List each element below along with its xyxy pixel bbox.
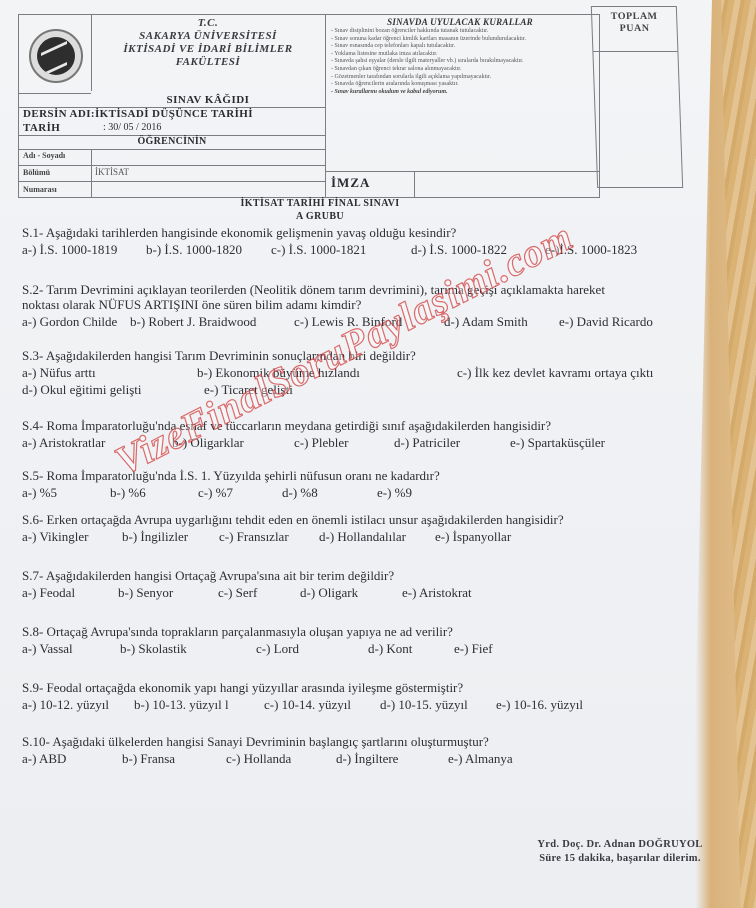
- total-score-field[interactable]: [595, 53, 680, 185]
- option-c[interactable]: c-) İ.S. 1000-1821: [271, 242, 411, 257]
- name-field[interactable]: [95, 151, 323, 163]
- option-e[interactable]: e-) Almanya: [448, 751, 513, 766]
- rule-item: - Sınavdan çıkan öğrenci tekrar salona a…: [331, 66, 589, 74]
- question-text: S.9- Feodal ortaçağda ekonomik yapı hang…: [22, 680, 712, 695]
- option-a[interactable]: a-) Vikingler: [22, 529, 122, 544]
- option-b[interactable]: b-) İ.S. 1000-1820: [146, 242, 271, 257]
- question-2: S.2- Tarım Devrimini açıklayan teorilerd…: [22, 282, 712, 329]
- exam-title: İKTİSAT TARİHİ FİNAL SINAVI: [0, 198, 640, 209]
- rule-item: - Sınav esnasında cep telefonları kapalı…: [331, 43, 589, 51]
- option-d[interactable]: d-) Patriciler: [394, 435, 510, 450]
- option-e[interactable]: e-) 10-16. yüzyıl: [496, 697, 583, 712]
- option-b[interactable]: b-) İngilizler: [122, 529, 219, 544]
- option-a[interactable]: a-) ABD: [22, 751, 122, 766]
- exam-header-table: T.C. SAKARYA ÜNİVERSİTESİ İKTİSADİ VE İD…: [18, 14, 600, 198]
- option-d[interactable]: d-) Adam Smith: [444, 314, 559, 329]
- question-10: S.10- Aşağıdaki ülkelerden hangisi Sanay…: [22, 734, 712, 766]
- option-c[interactable]: c-) Serf: [218, 585, 300, 600]
- option-e[interactable]: e-) Fief: [454, 641, 493, 656]
- option-b[interactable]: b-) %6: [110, 485, 198, 500]
- option-c[interactable]: c-) %7: [198, 485, 282, 500]
- exam-rules: SINAVDA UYULACAK KURALLAR - Sınav disipl…: [327, 15, 593, 98]
- option-e[interactable]: e-) David Ricardo: [559, 314, 653, 329]
- option-c[interactable]: c-) Lewis R. Binford: [294, 314, 444, 329]
- option-e[interactable]: e-) %9: [377, 485, 412, 500]
- option-c[interactable]: c-) Fransızlar: [219, 529, 319, 544]
- rule-item: - Sınavda öğrencilerin aralarında konuşm…: [331, 81, 589, 89]
- option-e[interactable]: e-) Spartaküsçüler: [510, 435, 605, 450]
- option-c[interactable]: c-) İlk kez devlet kavramı ortaya çıktı: [457, 365, 653, 380]
- option-a[interactable]: a-) 10-12. yüzyıl: [22, 697, 134, 712]
- option-d[interactable]: d-) Oligark: [300, 585, 402, 600]
- question-4: S.4- Roma İmparatorluğu'nda esnaf ve tüc…: [22, 418, 712, 450]
- option-e[interactable]: e-)İ.S. 1000-1823: [545, 242, 637, 257]
- option-b[interactable]: b-) 10-13. yüzyıl l: [134, 697, 264, 712]
- question-text: S.5- Roma İmparatorluğu'nda İ.S. 1. Yüzy…: [22, 468, 712, 483]
- option-d[interactable]: d-) İ.S. 1000-1822: [411, 242, 545, 257]
- course-name: DERSİN ADI:İKTİSADİ DÜŞÜNCE TARİHİ: [23, 108, 253, 120]
- logo-cell: [19, 15, 92, 91]
- option-d[interactable]: d-) %8: [282, 485, 377, 500]
- question-1: S.1- Aşağıdaki tarihlerden hangisinde ek…: [22, 225, 712, 257]
- sheet-title: SINAV KÂĞIDI: [91, 94, 325, 106]
- option-d[interactable]: d-) İngiltere: [336, 751, 448, 766]
- university-logo-icon: [29, 29, 83, 83]
- question-text: S.6- Erken ortaçağda Avrupa uygarlığını …: [22, 512, 712, 527]
- option-c[interactable]: c-) Plebler: [294, 435, 394, 450]
- tc-line: T.C.: [91, 17, 325, 30]
- question-text: S.1- Aşağıdaki tarihlerden hangisinde ek…: [22, 225, 712, 240]
- question-text: S.10- Aşağıdaki ülkelerden hangisi Sanay…: [22, 734, 712, 749]
- question-6: S.6- Erken ortaçağda Avrupa uygarlığını …: [22, 512, 712, 544]
- option-e[interactable]: e-) Ticaret gelişti: [204, 382, 293, 397]
- question-9: S.9- Feodal ortaçağda ekonomik yapı hang…: [22, 680, 712, 712]
- question-text: S.3- Aşağıdakilerden hangisi Tarım Devri…: [22, 348, 712, 363]
- university-name: T.C. SAKARYA ÜNİVERSİTESİ İKTİSADİ VE İD…: [91, 17, 325, 69]
- option-a[interactable]: a-) İ.S. 1000-1819: [22, 242, 146, 257]
- option-b[interactable]: b-) Fransa: [122, 751, 226, 766]
- question-text: S.2- Tarım Devrimini açıklayan teorilerd…: [22, 282, 712, 297]
- question-7: S.7- Aşağıdakilerden hangisi Ortaçağ Avr…: [22, 568, 712, 600]
- question-3: S.3- Aşağıdakilerden hangisi Tarım Devri…: [22, 348, 712, 397]
- question-text: S.7- Aşağıdakilerden hangisi Ortaçağ Avr…: [22, 568, 712, 583]
- total-score-box: TOPLAM PUAN: [591, 6, 683, 188]
- option-d[interactable]: d-) 10-15. yüzyıl: [380, 697, 496, 712]
- number-label: Numarası: [23, 185, 57, 194]
- option-b[interactable]: b-) Robert J. Braidwood: [130, 314, 294, 329]
- duration-note: Süre 15 dakika, başarılar dilerim.: [500, 852, 740, 866]
- option-d[interactable]: d-) Kont: [368, 641, 454, 656]
- name-label: Adı - Soyadı: [23, 151, 65, 160]
- option-b[interactable]: b-) Ekonomik büyüme hızlandı: [197, 365, 457, 380]
- option-b[interactable]: b-) Skolastik: [120, 641, 256, 656]
- department-label: Bölümü: [23, 168, 50, 177]
- rules-title: SINAVDA UYULACAK KURALLAR: [331, 17, 589, 28]
- question-text: S.4- Roma İmparatorluğu'nda esnaf ve tüc…: [22, 418, 712, 433]
- option-a[interactable]: a-) Aristokratlar: [22, 435, 172, 450]
- department-value: İKTİSAT: [95, 167, 129, 177]
- option-b[interactable]: b-) Senyor: [118, 585, 218, 600]
- rules-acknowledgement: - Sınav kurallarını okudum ve kabul ediy…: [331, 89, 589, 97]
- option-a[interactable]: a-) Feodal: [22, 585, 118, 600]
- number-field[interactable]: [95, 184, 323, 196]
- question-text-cont: noktası olarak NÜFUS ARTIŞINI öne süren …: [22, 297, 712, 312]
- score-label: PUAN: [592, 23, 676, 35]
- option-e[interactable]: e-) İspanyollar: [435, 529, 511, 544]
- date-value: : 30/ 05 / 2016: [103, 122, 161, 133]
- option-c[interactable]: c-) Hollanda: [226, 751, 336, 766]
- exam-group: A GRUBU: [0, 211, 640, 222]
- instructor-name: Yrd. Doç. Dr. Adnan DOĞRUYOL: [500, 838, 740, 852]
- signature-label: İMZA: [331, 175, 370, 191]
- option-a[interactable]: a-) Vassal: [22, 641, 120, 656]
- question-text: S.8- Ortaçağ Avrupa'sında toprakların pa…: [22, 624, 712, 639]
- option-c[interactable]: c-) 10-14. yüzyıl: [264, 697, 380, 712]
- date-label: TARİH: [23, 122, 60, 134]
- option-d[interactable]: d-) Hollandalılar: [319, 529, 435, 544]
- option-a[interactable]: a-) Gordon Childe: [22, 314, 130, 329]
- faculty-line-1: İKTİSADİ VE İDARİ BİLİMLER: [91, 43, 325, 56]
- option-c[interactable]: c-) Lord: [256, 641, 368, 656]
- rule-item: - Sınav disiplinini bozan öğrenciler hak…: [331, 28, 589, 36]
- option-e[interactable]: e-) Aristokrat: [402, 585, 472, 600]
- question-8: S.8- Ortaçağ Avrupa'sında toprakların pa…: [22, 624, 712, 656]
- rule-item: - Sınavda şahsi eşyalar (dersle ilgili m…: [331, 58, 589, 66]
- option-b[interactable]: b-) Oligarklar: [172, 435, 294, 450]
- total-label: TOPLAM: [592, 11, 676, 23]
- signature-field[interactable]: [415, 173, 595, 195]
- option-a[interactable]: a-) Nüfus arttı: [22, 365, 197, 380]
- question-5: S.5- Roma İmparatorluğu'nda İ.S. 1. Yüzy…: [22, 468, 712, 500]
- student-section-title: ÖĞRENCİNİN: [19, 136, 325, 147]
- faculty-line-2: FAKÜLTESİ: [91, 56, 325, 69]
- university-line: SAKARYA ÜNİVERSİTESİ: [91, 30, 325, 43]
- option-d[interactable]: d-) Okul eğitimi gelişti: [22, 382, 204, 397]
- option-a[interactable]: a-) %5: [22, 485, 110, 500]
- instructor-signature: Yrd. Doç. Dr. Adnan DOĞRUYOL Süre 15 dak…: [500, 838, 740, 866]
